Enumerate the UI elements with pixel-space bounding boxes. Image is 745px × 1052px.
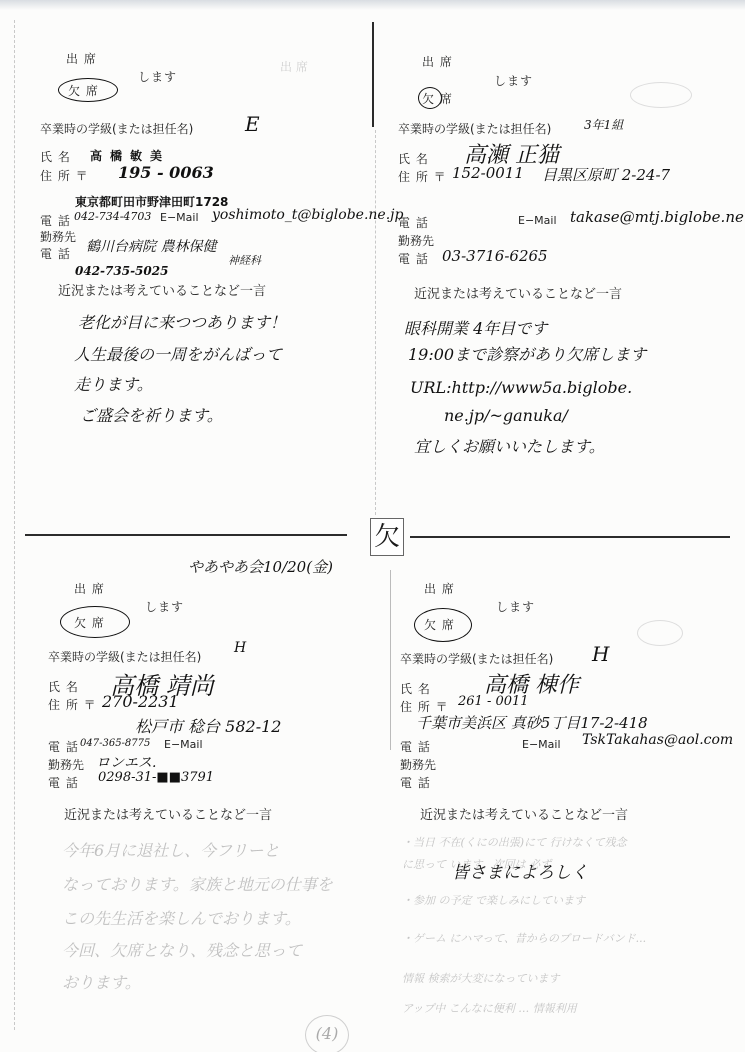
work-label: 勤務先: [48, 756, 84, 773]
postal-value: 195 - 0063: [118, 163, 214, 182]
suru-label: します: [138, 68, 177, 85]
class-value: H: [592, 642, 609, 666]
work-tel-label: 電 話: [400, 774, 431, 791]
attend-label: 出 席: [424, 580, 455, 597]
work-label: 勤務先: [398, 232, 434, 249]
address-label: 住 所 〒: [398, 168, 447, 185]
name-value: 高橋敏美: [90, 147, 170, 164]
scanned-page: 欠 出 席 します 欠 席 卒業時の学級(または担任名) E 氏 名 高橋敏美 …: [0, 0, 745, 1052]
work-note: 神経科: [228, 252, 261, 268]
tel-label: 電 話: [48, 738, 79, 755]
class-label: 卒業時の学級(または担任名): [48, 648, 201, 665]
address-value: 目黒区原町 2-24-7: [542, 164, 670, 185]
email-value: takase@mtj.biglobe.ne.jp: [570, 208, 745, 226]
comment-heading: 近況または考えていることなど一言: [64, 804, 272, 823]
email-label: E−Mail: [164, 738, 203, 751]
faint-comment-line: 今回、欠席となり、残念と思って: [62, 938, 302, 961]
faint-comment-line: 今年6月に退社し、今フリーと: [62, 838, 280, 861]
class-label: 卒業時の学級(または担任名): [398, 120, 551, 137]
postal-value: 261 - 0011: [458, 694, 529, 709]
comment-heading: 近況または考えていることなど一言: [58, 280, 266, 299]
address-value: 松戸市 稔台 582-12: [135, 714, 281, 737]
response-card-top-right: 出 席 します 欠 席 卒業時の学級(または担任名) 3年1組 氏 名 高瀬 正…: [372, 0, 712, 520]
class-value: H: [234, 640, 246, 656]
class-value: 3年1組: [584, 116, 623, 133]
name-label: 氏 名: [40, 148, 71, 165]
comment-line: 皆さまによろしく: [452, 858, 588, 883]
address-label: 住 所 〒: [48, 696, 97, 713]
attend-label: 出 席: [66, 50, 97, 67]
name-label: 氏 名: [398, 150, 429, 167]
comment-line: 老化が目に来つつあります！: [78, 310, 286, 333]
suru-label: します: [496, 598, 535, 615]
tel-value: 042-734-4703: [74, 210, 151, 223]
suru-label: します: [145, 598, 184, 615]
email-label: E−Mail: [522, 738, 561, 751]
response-card-bottom-right: 出 席 します 欠 席 卒業時の学級(または担任名) H 氏 名 高橋 棟作 住…: [372, 520, 712, 1052]
postal-value: 152-0011: [452, 164, 524, 182]
work-value: ロンエス.: [96, 752, 156, 772]
comment-line: URL:http://www5a.biglobe.: [410, 378, 632, 397]
comment-line: 走ります。: [74, 372, 153, 395]
work-tel-value: 0298-31-■■3791: [98, 770, 214, 785]
faint-comment-line: この先生活を楽しんでおります。: [62, 906, 301, 929]
faint-comment-line: ・参加 の予定 で楽しみにしています: [402, 892, 585, 908]
class-label: 卒業時の学級(または担任名): [400, 650, 553, 667]
comment-line: 眼科開業 4年目です: [404, 316, 547, 339]
class-label: 卒業時の学級(または担任名): [40, 120, 193, 137]
suru-label: します: [494, 72, 533, 89]
faint-comment-line: アップ中 こんなに便利 … 情報利用: [402, 1000, 577, 1016]
work-tel-label: 電 話: [398, 250, 429, 267]
handwritten-note: やあやあ会10/20(金): [188, 556, 333, 577]
work-label: 勤務先: [40, 228, 76, 245]
response-card-top-left: 出 席 します 欠 席 卒業時の学級(または担任名) E 氏 名 高橋敏美 住 …: [0, 0, 340, 520]
address-value: 東京都町田市野津田町1728: [75, 193, 228, 210]
absent-label: 欠 席: [424, 616, 455, 633]
tel-label: 電 話: [40, 212, 71, 229]
name-label: 氏 名: [48, 678, 79, 695]
comment-heading: 近況または考えていることなど一言: [414, 283, 622, 302]
name-label: 氏 名: [400, 680, 431, 697]
faint-comment-line: おります。: [62, 970, 141, 993]
bleed-through-circle: [630, 82, 692, 108]
attend-label: 出 席: [74, 580, 105, 597]
comment-line: 人生最後の一周をがんばって: [74, 342, 282, 365]
work-label: 勤務先: [400, 756, 436, 773]
work-tel-label: 電 話: [48, 774, 79, 791]
faint-comment-line: ・ゲーム にハマって、昔からのブロードバンド...: [402, 930, 646, 946]
faint-comment-line: なっております。家族と地元の仕事を: [62, 872, 333, 895]
tel-value: 047-365-8775: [80, 738, 150, 749]
work-tel-label: 電 話: [40, 245, 71, 262]
comment-line: ご盛会を祈ります。: [80, 403, 223, 426]
address-label: 住 所 〒: [40, 167, 89, 184]
response-card-bottom-left: やあやあ会10/20(金) 出 席 します 欠 席 卒業時の学級(または担任名)…: [0, 520, 340, 1052]
email-label: E−Mail: [518, 214, 557, 227]
comment-line: 19:00まで診察があり欠席します: [408, 342, 646, 365]
faint-comment-line: 情報 検索が大変になっています: [402, 970, 560, 986]
page-number-circle: (4): [305, 1015, 349, 1052]
absent-label: 欠 席: [74, 614, 105, 631]
bleed-through-text: 出 席: [280, 58, 308, 75]
address-value: 千葉市美浜区 真砂5丁目17-2-418: [416, 712, 648, 733]
work-tel-value: 03-3716-6265: [442, 247, 548, 265]
email-value: TskTakahas@aol.com: [582, 732, 733, 748]
attend-label: 出 席: [422, 53, 453, 70]
email-label: E−Mail: [160, 211, 199, 224]
work-tel-value: 042-735-5025: [75, 264, 168, 278]
tel-label: 電 話: [398, 214, 429, 231]
faint-comment-line: ・当日 不在(くにの出張)にて 行けなくて残念: [402, 834, 627, 850]
comment-heading: 近況または考えていることなど一言: [420, 804, 628, 823]
comment-line: ne.jp/~ganuka/: [444, 406, 568, 425]
work-value: 鶴川台病院 農林保健: [86, 236, 216, 256]
comment-line: 宜しくお願いいたします。: [414, 434, 605, 457]
class-value: E: [245, 112, 260, 136]
tel-label: 電 話: [400, 738, 431, 755]
bleed-through-circle: [637, 620, 683, 646]
postal-value: 270-2231: [102, 692, 179, 711]
absent-label: 欠 席: [68, 82, 99, 99]
absent-label: 欠 席: [422, 90, 453, 107]
